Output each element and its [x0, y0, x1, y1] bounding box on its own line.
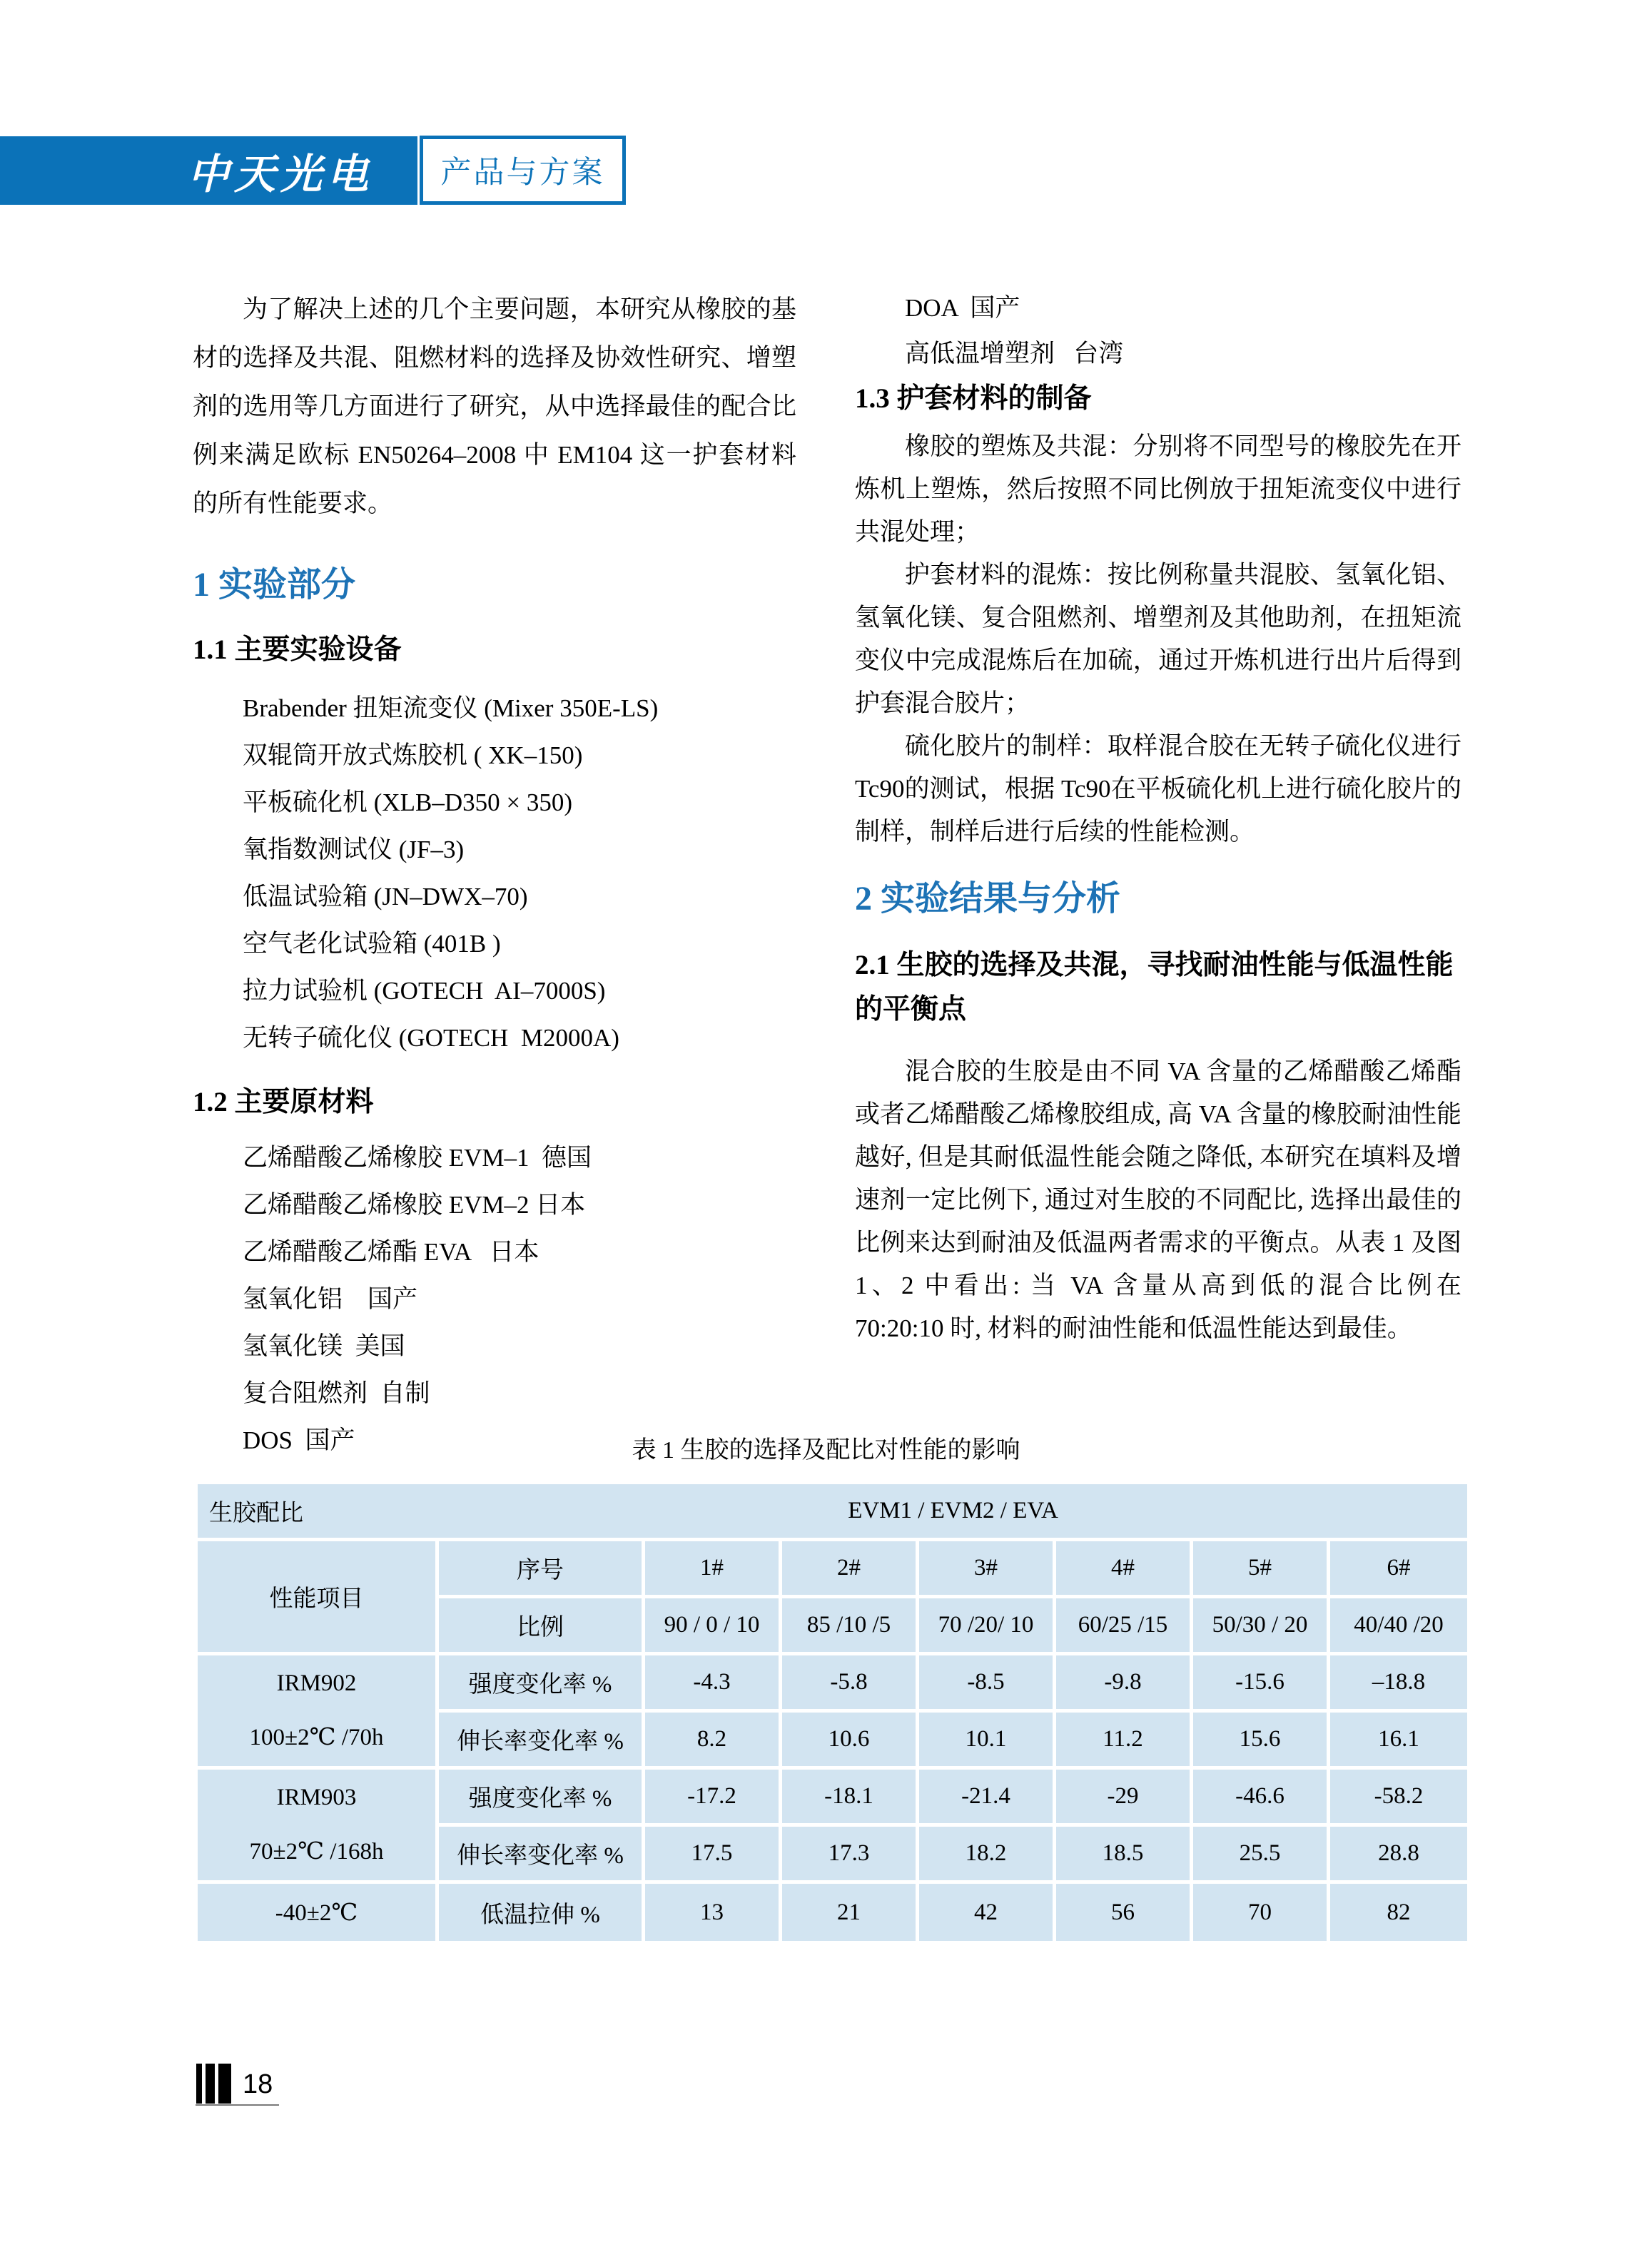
- list-item: 乙烯醋酸乙烯酯 EVA 日本: [243, 1229, 796, 1276]
- table-row: 性能项目 序号 1# 2# 3# 4# 5# 6#: [198, 1541, 1467, 1598]
- table-cell: -5.8: [782, 1655, 919, 1713]
- table-cell: 82: [1330, 1884, 1467, 1941]
- table-cell-label: 伸长率变化率 %: [439, 1713, 645, 1770]
- table-cell: 60/25 /15: [1056, 1598, 1193, 1655]
- section-2-heading: 2 实验结果与分析: [855, 879, 1461, 919]
- table-cell: -46.6: [1193, 1770, 1330, 1827]
- section-1-1-heading: 1.1 主要实验设备: [193, 634, 796, 666]
- table-cell-label: 强度变化率 %: [439, 1770, 645, 1827]
- list-item: 乙烯醋酸乙烯橡胶 EVM–1 德国: [243, 1135, 796, 1182]
- table-cell-label: 伸长率变化率 %: [439, 1827, 645, 1884]
- table-cell: -4.3: [645, 1655, 782, 1713]
- table-cell: 6#: [1330, 1541, 1467, 1598]
- table-row: 生胶配比 EVM1 / EVM2 / EVA: [198, 1484, 1467, 1541]
- header-brand-bar: 中天光电: [0, 136, 417, 205]
- table-cell: 17.3: [782, 1827, 919, 1884]
- table-cell: 3#: [919, 1541, 1056, 1598]
- right-column: DOA 国产 高低温增塑剂 台湾 1.3 护套材料的制备 橡胶的塑炼及共混：分别…: [855, 285, 1461, 1350]
- header-section-box: 产品与方案: [420, 136, 626, 205]
- list-item: 双辊筒开放式炼胶机 ( XK–150): [243, 732, 796, 779]
- list-item: 氢氧化铝 国产: [243, 1276, 796, 1323]
- section-2-1-heading: 2.1 生胶的选择及共混，寻找耐油性能与低温性能的平衡点: [855, 943, 1461, 1032]
- page-number: 18: [243, 2071, 273, 2104]
- table-row: IRM903 70±2℃ /168h 强度变化率 % -17.2 -18.1 -…: [198, 1770, 1467, 1827]
- table-cell-blend-label: 生胶配比: [198, 1484, 439, 1541]
- footer-bars-icon: [206, 2064, 215, 2104]
- table-cell-perf-label: 性能项目: [198, 1541, 439, 1655]
- table-cell: 10.1: [919, 1713, 1056, 1770]
- table-cell-seq-label: 序号: [439, 1541, 645, 1598]
- list-item: 拉力试验机 (GOTECH AI–7000S): [243, 968, 796, 1015]
- table-cell: 11.2: [1056, 1713, 1193, 1770]
- table-cell: 90 / 0 / 10: [645, 1598, 782, 1655]
- table-cell: –18.8: [1330, 1655, 1467, 1713]
- table-cell: 25.5: [1193, 1827, 1330, 1884]
- table-cell: 17.5: [645, 1827, 782, 1884]
- table-cell: 70: [1193, 1884, 1330, 1941]
- table-cell: 56: [1056, 1884, 1193, 1941]
- table-cell: -18.1: [782, 1770, 919, 1827]
- table-cell-ratio-label: 比例: [439, 1598, 645, 1655]
- table-cell: 18.5: [1056, 1827, 1193, 1884]
- footer-bars-icon: [196, 2064, 202, 2104]
- table-cell: -29: [1056, 1770, 1193, 1827]
- table-cell: 40/40 /20: [1330, 1598, 1467, 1655]
- materials-list: 乙烯醋酸乙烯橡胶 EVM–1 德国 乙烯醋酸乙烯橡胶 EVM–2 日本 乙烯醋酸…: [193, 1135, 796, 1464]
- table-cell: 13: [645, 1884, 782, 1941]
- footer-rule: [196, 2104, 279, 2106]
- table-cell-label: 低温拉伸 %: [439, 1884, 645, 1941]
- section-1-2-heading: 1.2 主要原材料: [193, 1086, 796, 1119]
- table-cell-blend-value: EVM1 / EVM2 / EVA: [439, 1484, 1467, 1541]
- table-cell: -58.2: [1330, 1770, 1467, 1827]
- table-cell: 50/30 / 20: [1193, 1598, 1330, 1655]
- table-cell: 5#: [1193, 1541, 1330, 1598]
- table-cell: 15.6: [1193, 1713, 1330, 1770]
- list-item: 高低温增塑剂 台湾: [905, 331, 1461, 377]
- table-cell: 16.1: [1330, 1713, 1467, 1770]
- table-cell: 10.6: [782, 1713, 919, 1770]
- footer: 18: [196, 2064, 273, 2104]
- table-cell: 42: [919, 1884, 1056, 1941]
- list-item: 复合阻燃剂 自制: [243, 1370, 796, 1417]
- performance-table: 生胶配比 EVM1 / EVM2 / EVA 性能项目 序号 1# 2# 3# …: [198, 1484, 1467, 1941]
- list-item: DOA 国产: [905, 285, 1461, 331]
- paragraph-mixing: 护套材料的混炼：按比例称量共混胶、氢氧化铝、氢氧化镁、复合阻燃剂、增塑剂及其他助…: [855, 554, 1461, 725]
- condition-line: 70±2℃ /168h: [250, 1837, 384, 1865]
- condition-line: IRM902: [277, 1670, 357, 1697]
- left-column: 为了解决上述的几个主要问题，本研究从橡胶的基材的选择及共混、阻燃材料的选择及协效…: [193, 285, 796, 1464]
- list-item: 氧指数测试仪 (JF–3): [243, 826, 796, 873]
- condition-line: 100±2℃ /70h: [250, 1723, 384, 1751]
- footer-bars-icon: [218, 2064, 231, 2104]
- intro-paragraph: 为了解决上述的几个主要问题，本研究从橡胶的基材的选择及共混、阻燃材料的选择及协效…: [193, 285, 796, 528]
- list-item: 乙烯醋酸乙烯橡胶 EVM–2 日本: [243, 1182, 796, 1229]
- table-cell: -17.2: [645, 1770, 782, 1827]
- list-item: 平板硫化机 (XLB–D350 × 350): [243, 779, 796, 826]
- table-cell: 2#: [782, 1541, 919, 1598]
- table-cell: 4#: [1056, 1541, 1193, 1598]
- table-cell: 85 /10 /5: [782, 1598, 919, 1655]
- table-cell: 1#: [645, 1541, 782, 1598]
- paragraph-plastication: 橡胶的塑炼及共混：分别将不同型号的橡胶先在开炼机上塑炼，然后按照不同比例放于扭矩…: [855, 425, 1461, 554]
- list-item: 空气老化试验箱 (401B ): [243, 920, 796, 968]
- materials-list-continued: DOA 国产 高低温增塑剂 台湾: [855, 285, 1461, 377]
- table-cell: 21: [782, 1884, 919, 1941]
- paragraph-analysis: 混合胶的生胶是由不同 VA 含量的乙烯醋酸乙烯酯或者乙烯醋酸乙烯橡胶组成, 高 …: [855, 1050, 1461, 1350]
- condition-line: IRM903: [277, 1785, 357, 1811]
- table-cell: -15.6: [1193, 1655, 1330, 1713]
- table-cell-irm903-condition: IRM903 70±2℃ /168h: [198, 1770, 439, 1884]
- table-cell: -9.8: [1056, 1655, 1193, 1713]
- section-1-heading: 1 实验部分: [193, 565, 796, 605]
- section-1-3-heading: 1.3 护套材料的制备: [855, 382, 1461, 415]
- table-cell: 28.8: [1330, 1827, 1467, 1884]
- table-cell-label: 强度变化率 %: [439, 1655, 645, 1713]
- table-caption: 表 1 生胶的选择及配比对性能的影响: [0, 1430, 1652, 1465]
- document-page: 中天光电 产品与方案 为了解决上述的几个主要问题，本研究从橡胶的基材的选择及共混…: [0, 0, 1652, 2242]
- table-cell: 18.2: [919, 1827, 1056, 1884]
- list-item: 无转子硫化仪 (GOTECH M2000A): [243, 1015, 796, 1062]
- header-section-label: 产品与方案: [441, 148, 605, 192]
- table-row: IRM902 100±2℃ /70h 强度变化率 % -4.3 -5.8 -8.…: [198, 1655, 1467, 1713]
- table-cell: 70 /20/ 10: [919, 1598, 1056, 1655]
- table-row: -40±2℃ 低温拉伸 % 13 21 42 56 70 82: [198, 1884, 1467, 1941]
- list-item: 氢氧化镁 美国: [243, 1323, 796, 1370]
- table-cell-lowtemp-condition: -40±2℃: [198, 1884, 439, 1941]
- table-cell-irm902-condition: IRM902 100±2℃ /70h: [198, 1655, 439, 1770]
- paragraph-vulcanization: 硫化胶片的制样：取样混合胶在无转子硫化仪进行 Tc90的测试，根据 Tc90在平…: [855, 725, 1461, 853]
- list-item: Brabender 扭矩流变仪 (Mixer 350E-LS): [243, 685, 796, 732]
- table-cell: 8.2: [645, 1713, 782, 1770]
- list-item: 低温试验箱 (JN–DWX–70): [243, 873, 796, 920]
- table-cell: -8.5: [919, 1655, 1056, 1713]
- brand-logo: 中天光电: [188, 141, 373, 201]
- table-cell: -21.4: [919, 1770, 1056, 1827]
- equipment-list: Brabender 扭矩流变仪 (Mixer 350E-LS) 双辊筒开放式炼胶…: [193, 685, 796, 1062]
